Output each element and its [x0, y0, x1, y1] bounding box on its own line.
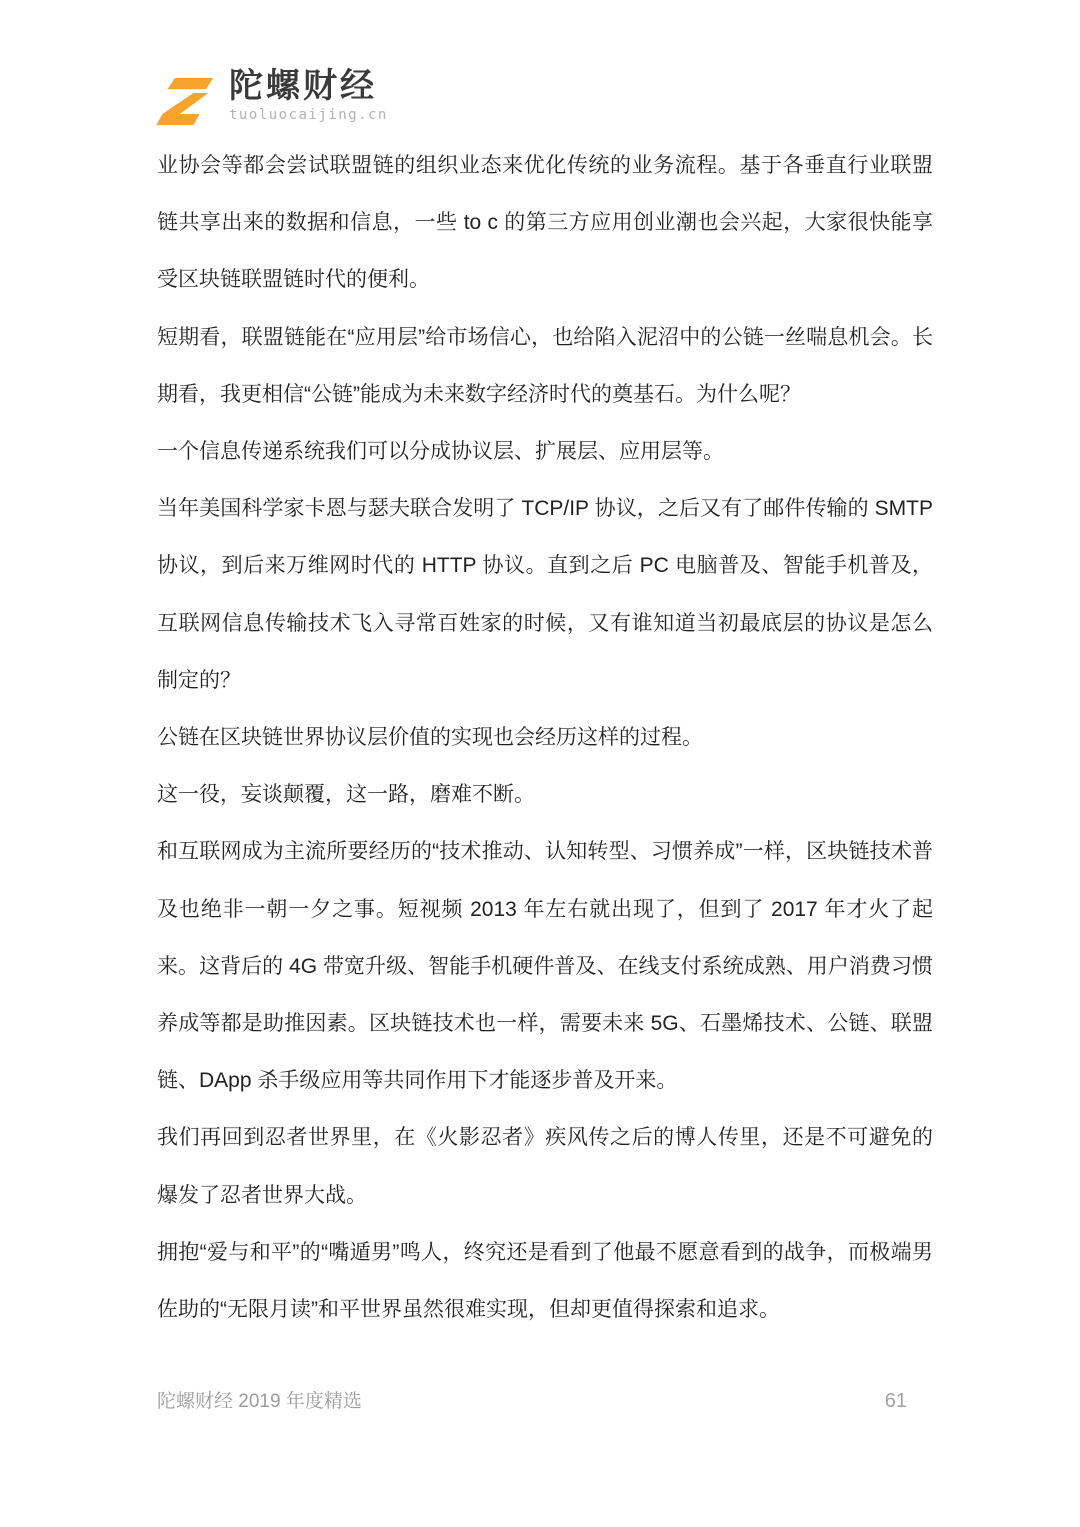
article-body: 业协会等都会尝试联盟链的组织业态来优化传统的业务流程。基于各垂直行业联盟链共享出… [157, 137, 933, 1338]
paragraph: 我们再回到忍者世界里，在《火影忍者》疾风传之后的博人传里，还是不可避免的爆发了忍… [157, 1109, 933, 1223]
page-number: 61 [885, 1390, 907, 1413]
paragraph: 当年美国科学家卡恩与瑟夫联合发明了 TCP/IP 协议，之后又有了邮件传输的 S… [157, 480, 933, 709]
brand-header: 陀螺财经 tuoluocaijing.cn [155, 66, 388, 130]
brand-text-block: 陀螺财经 tuoluocaijing.cn [229, 66, 388, 123]
paragraph: 公链在区块链世界协议层价值的实现也会经历这样的过程。 [157, 709, 933, 766]
paragraph: 一个信息传递系统我们可以分成协议层、扩展层、应用层等。 [157, 423, 933, 480]
document-page: 陀螺财经 tuoluocaijing.cn 业协会等都会尝试联盟链的组织业态来优… [0, 0, 1080, 1527]
paragraph: 拥抱“爱与和平”的“嘴遁男”鸣人，终究还是看到了他最不愿意看到的战争，而极端男佐… [157, 1224, 933, 1338]
brand-domain: tuoluocaijing.cn [229, 107, 388, 123]
paragraph: 短期看，联盟链能在“应用层”给市场信心，也给陷入泥沼中的公链一丝喘息机会。长期看… [157, 309, 933, 423]
brand-name: 陀螺财经 [229, 66, 388, 106]
tuoluo-z-logo-icon [155, 72, 217, 130]
footer-title: 陀螺财经 2019 年度精选 [157, 1386, 362, 1413]
paragraph: 这一役，妄谈颠覆，这一路，磨难不断。 [157, 766, 933, 823]
paragraph: 业协会等都会尝试联盟链的组织业态来优化传统的业务流程。基于各垂直行业联盟链共享出… [157, 137, 933, 309]
paragraph: 和互联网成为主流所要经历的“技术推动、认知转型、习惯养成”一样，区块链技术普及也… [157, 823, 933, 1109]
page-footer: 陀螺财经 2019 年度精选 61 [157, 1386, 907, 1413]
